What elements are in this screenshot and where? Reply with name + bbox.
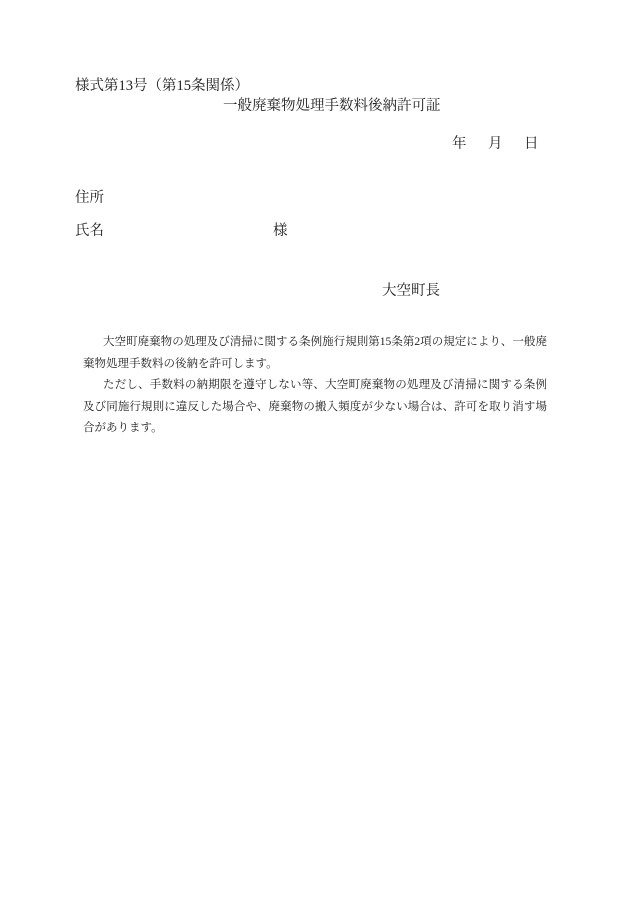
name-line: 氏名 様 [75,223,630,239]
body-paragraph-1: 大空町廃棄物の処理及び清掃に関する条例施行規則第15条第2項の規定により、一般廃… [83,332,547,375]
body-paragraph-2: ただし、手数料の納期限を遵守しない等、大空町廃棄物の処理及び清掃に関する条例及び… [83,375,547,440]
address-label: 住所 [75,190,104,206]
document-title: 一般廃棄物処理手数料後納許可証 [223,98,441,114]
name-label: 氏名 [75,223,104,239]
issuer-title: 大空町長 [382,283,440,299]
date-line: 年 月 日 [452,136,539,152]
date-day-label: 日 [524,136,539,152]
body-text: 大空町廃棄物の処理及び清掃に関する条例施行規則第15条第2項の規定により、一般廃… [83,332,547,440]
date-year-label: 年 [452,136,467,152]
honorific-label: 様 [273,223,288,239]
form-number: 様式第13号（第15条関係） [75,78,249,94]
date-month-label: 月 [488,136,503,152]
document-page: 様式第13号（第15条関係） 一般廃棄物処理手数料後納許可証 年 月 日 住所 … [0,0,630,903]
